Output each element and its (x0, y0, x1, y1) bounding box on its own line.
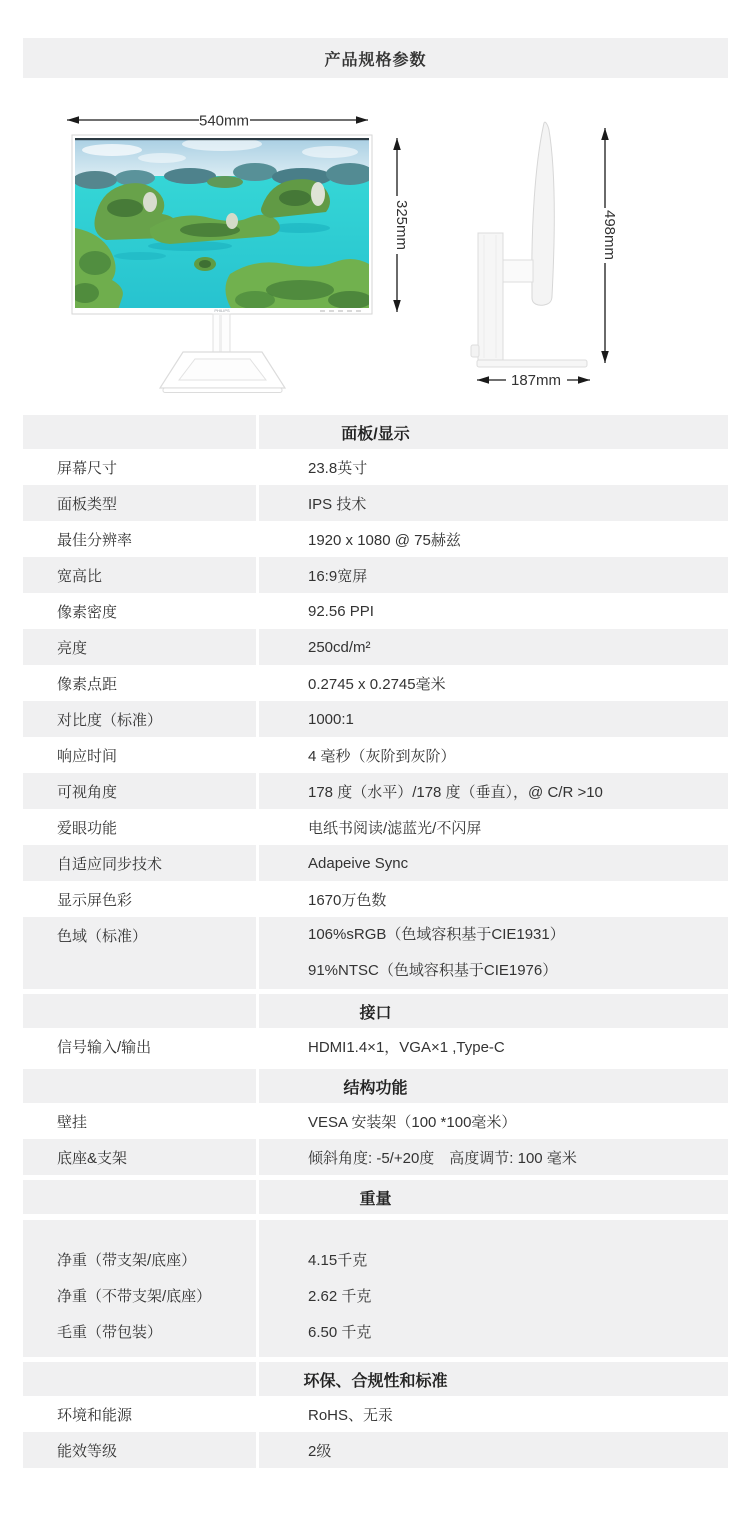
section-title: 面板/显示 (23, 415, 728, 449)
spec-value: IPS 技术 (308, 493, 366, 514)
spec-row: 爱眼功能电纸书阅读/滤蓝光/不闪屏 (23, 809, 728, 845)
spec-label: 最佳分辨率 (57, 529, 132, 550)
spec-value: RoHS、无汞 (308, 1404, 393, 1425)
spec-value: HDMI1.4×1，VGA×1 ,Type-C (308, 1036, 505, 1057)
spec-label: 能效等级 (57, 1440, 117, 1461)
spec-label: 色域（标准） (57, 925, 147, 946)
section-header-weight: 重量 (23, 1180, 728, 1214)
spec-value: 1670万色数 (308, 889, 386, 910)
spec-row: 响应时间4 毫秒（灰阶到灰阶） (23, 737, 728, 773)
spec-value: 倾斜角度: -5/+20度 高度调节: 100 毫米 (308, 1147, 577, 1168)
spec-label: 爱眼功能 (57, 817, 117, 838)
spec-value: 92.56 PPI (308, 603, 374, 620)
spec-value: 106%sRGB（色域容积基于CIE1931） (308, 917, 728, 953)
spec-value: Adapeive Sync (308, 855, 408, 872)
spec-label: 面板类型 (57, 493, 117, 514)
section-title: 重量 (23, 1180, 728, 1214)
spec-row: 显示屏色彩1670万色数 (23, 881, 728, 917)
spec-label: 环境和能源 (57, 1404, 132, 1425)
spec-value-line2: 91%NTSC（色域容积基于CIE1976） (308, 953, 728, 989)
spec-value: 2级 (308, 1440, 331, 1461)
spec-row: 亮度250cd/m² (23, 629, 728, 665)
spec-row: 最佳分辨率1920 x 1080 @ 75赫兹 (23, 521, 728, 557)
spec-value: 250cd/m² (308, 639, 371, 656)
spec-row: 环境和能源RoHS、无汞 (23, 1396, 728, 1432)
side-depth-label: 187mm (511, 372, 561, 389)
section-header-structure: 结构功能 (23, 1069, 728, 1103)
spec-value: 4 毫秒（灰阶到灰阶） (308, 745, 456, 766)
spec-row: 净重（不带支架/底座）2.62 千克 (23, 1277, 728, 1313)
front-width-label: 540mm (199, 113, 249, 130)
spec-row: 壁挂VESA 安装架（100 *100毫米） (23, 1103, 728, 1139)
spec-row: 屏幕尺寸23.8英寸 (23, 449, 728, 485)
weight-block: 净重（带支架/底座）4.15千克 净重（不带支架/底座）2.62 千克 毛重（带… (23, 1220, 728, 1357)
spec-label: 信号输入/输出 (57, 1036, 151, 1057)
monitor-diagram-svg: 540mm (0, 78, 750, 415)
spec-row: 宽高比16:9宽屏 (23, 557, 728, 593)
spec-row: 毛重（带包装）6.50 千克 (23, 1313, 728, 1349)
spec-value: 178 度（水平）/178 度（垂直），@ C/R >10 (308, 781, 603, 802)
spec-label: 宽高比 (57, 565, 102, 586)
spec-value: 电纸书阅读/滤蓝光/不闪屏 (308, 817, 481, 838)
front-stand (160, 314, 285, 393)
spec-label: 像素密度 (57, 601, 117, 622)
front-height-label: 325mm (393, 200, 410, 250)
spec-label: 净重（不带支架/底座） (57, 1285, 211, 1306)
spec-label: 毛重（带包装） (57, 1321, 162, 1342)
spec-value: 16:9宽屏 (308, 565, 367, 586)
section-header-environment: 环保、合规性和标准 (23, 1362, 728, 1396)
spec-row: 像素点距0.2745 x 0.2745毫米 (23, 665, 728, 701)
spec-label: 响应时间 (57, 745, 117, 766)
spec-table: 面板/显示 屏幕尺寸23.8英寸 面板类型IPS 技术 最佳分辨率1920 x … (23, 415, 728, 1468)
spec-row: 像素密度92.56 PPI (23, 593, 728, 629)
spec-label: 净重（带支架/底座） (57, 1249, 196, 1270)
spec-value: VESA 安装架（100 *100毫米） (308, 1111, 516, 1132)
screen-image (71, 137, 374, 310)
spec-value: 1000:1 (308, 711, 354, 728)
spec-row: 面板类型IPS 技术 (23, 485, 728, 521)
spec-row: 自适应同步技术Adapeive Sync (23, 845, 728, 881)
spec-label: 壁挂 (57, 1111, 87, 1132)
spec-label: 可视角度 (57, 781, 117, 802)
section-title: 结构功能 (23, 1069, 728, 1103)
section-header-panel-display: 面板/显示 (23, 415, 728, 449)
spec-label: 亮度 (57, 637, 87, 658)
section-header-interface: 接口 (23, 994, 728, 1028)
spec-row: 底座&支架倾斜角度: -5/+20度 高度调节: 100 毫米 (23, 1139, 728, 1175)
spec-label: 屏幕尺寸 (57, 457, 117, 478)
spec-row: 可视角度178 度（水平）/178 度（垂直），@ C/R >10 (23, 773, 728, 809)
brand-logo: PHILIPS (214, 308, 230, 313)
spec-label: 自适应同步技术 (57, 853, 162, 874)
spec-value: 2.62 千克 (308, 1285, 371, 1306)
spec-value: 6.50 千克 (308, 1321, 371, 1342)
product-dimension-diagram: 540mm (0, 78, 750, 415)
spec-value: 23.8英寸 (308, 457, 367, 478)
spec-row-color-gamut: 色域（标准）106%sRGB（色域容积基于CIE1931）91%NTSC（色域容… (23, 917, 728, 989)
side-height-label: 498mm (601, 210, 618, 260)
spec-row: 净重（带支架/底座）4.15千克 (23, 1241, 728, 1277)
spec-value: 4.15千克 (308, 1249, 367, 1270)
section-title: 环保、合规性和标准 (23, 1362, 728, 1396)
section-title: 接口 (23, 994, 728, 1028)
spec-value: 0.2745 x 0.2745毫米 (308, 673, 446, 694)
page-title: 产品规格参数 (324, 47, 426, 70)
spec-value: 1920 x 1080 @ 75赫兹 (308, 529, 461, 550)
monitor-front-view: PHILIPS (71, 135, 374, 393)
spec-label: 对比度（标准） (57, 709, 162, 730)
spec-label: 显示屏色彩 (57, 889, 132, 910)
spec-row: 能效等级2级 (23, 1432, 728, 1468)
page-title-bar: 产品规格参数 (23, 38, 728, 78)
spec-row: 对比度（标准）1000:1 (23, 701, 728, 737)
spec-label: 底座&支架 (57, 1147, 127, 1168)
monitor-side-view (471, 122, 587, 367)
spec-row: 信号输入/输出HDMI1.4×1，VGA×1 ,Type-C (23, 1028, 728, 1064)
spec-label: 像素点距 (57, 673, 117, 694)
